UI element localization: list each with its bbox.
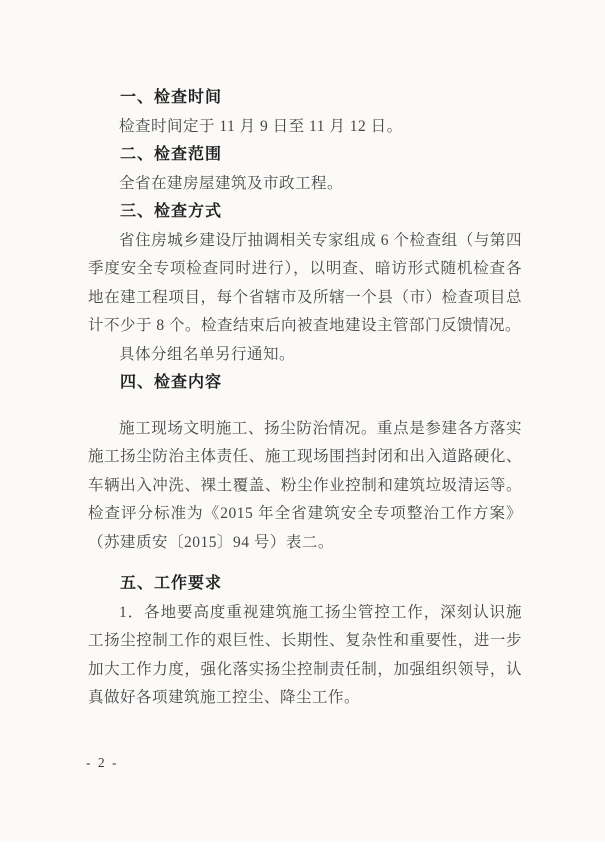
- section-heading-inspection-method: 三、检查方式: [88, 198, 522, 227]
- section-heading-work-requirements: 五、工作要求: [88, 570, 522, 599]
- section-heading-inspection-content: 四、检查内容: [88, 369, 522, 398]
- paragraph: 1．各地要高度重视建筑施工扬尘管控工作，深刻认识施工扬尘控制工作的艰巨性、长期性…: [88, 599, 522, 713]
- section-heading-inspection-scope: 二、检查范围: [88, 141, 522, 170]
- paragraph: 具体分组名单另行通知。: [88, 341, 522, 370]
- page-number: - 2 -: [86, 755, 119, 771]
- paragraph: 全省在建房屋建筑及市政工程。: [88, 170, 522, 199]
- paragraph: 省住房城乡建设厅抽调相关专家组成 6 个检查组（与第四季度安全专项检查同时进行）…: [88, 227, 522, 341]
- document-content: 一、检查时间 检查时间定于 11 月 9 日至 11 月 12 日。 二、检查范…: [88, 84, 522, 713]
- paragraph: 检查时间定于 11 月 9 日至 11 月 12 日。: [88, 113, 522, 142]
- section-heading-inspection-time: 一、检查时间: [88, 84, 522, 113]
- document-page: 一、检查时间 检查时间定于 11 月 9 日至 11 月 12 日。 二、检查范…: [0, 0, 605, 853]
- paragraph: 施工现场文明施工、扬尘防治情况。重点是参建各方落实施工扬尘防治主体责任、施工现场…: [88, 415, 522, 558]
- scan-bottom-edge: [0, 842, 605, 853]
